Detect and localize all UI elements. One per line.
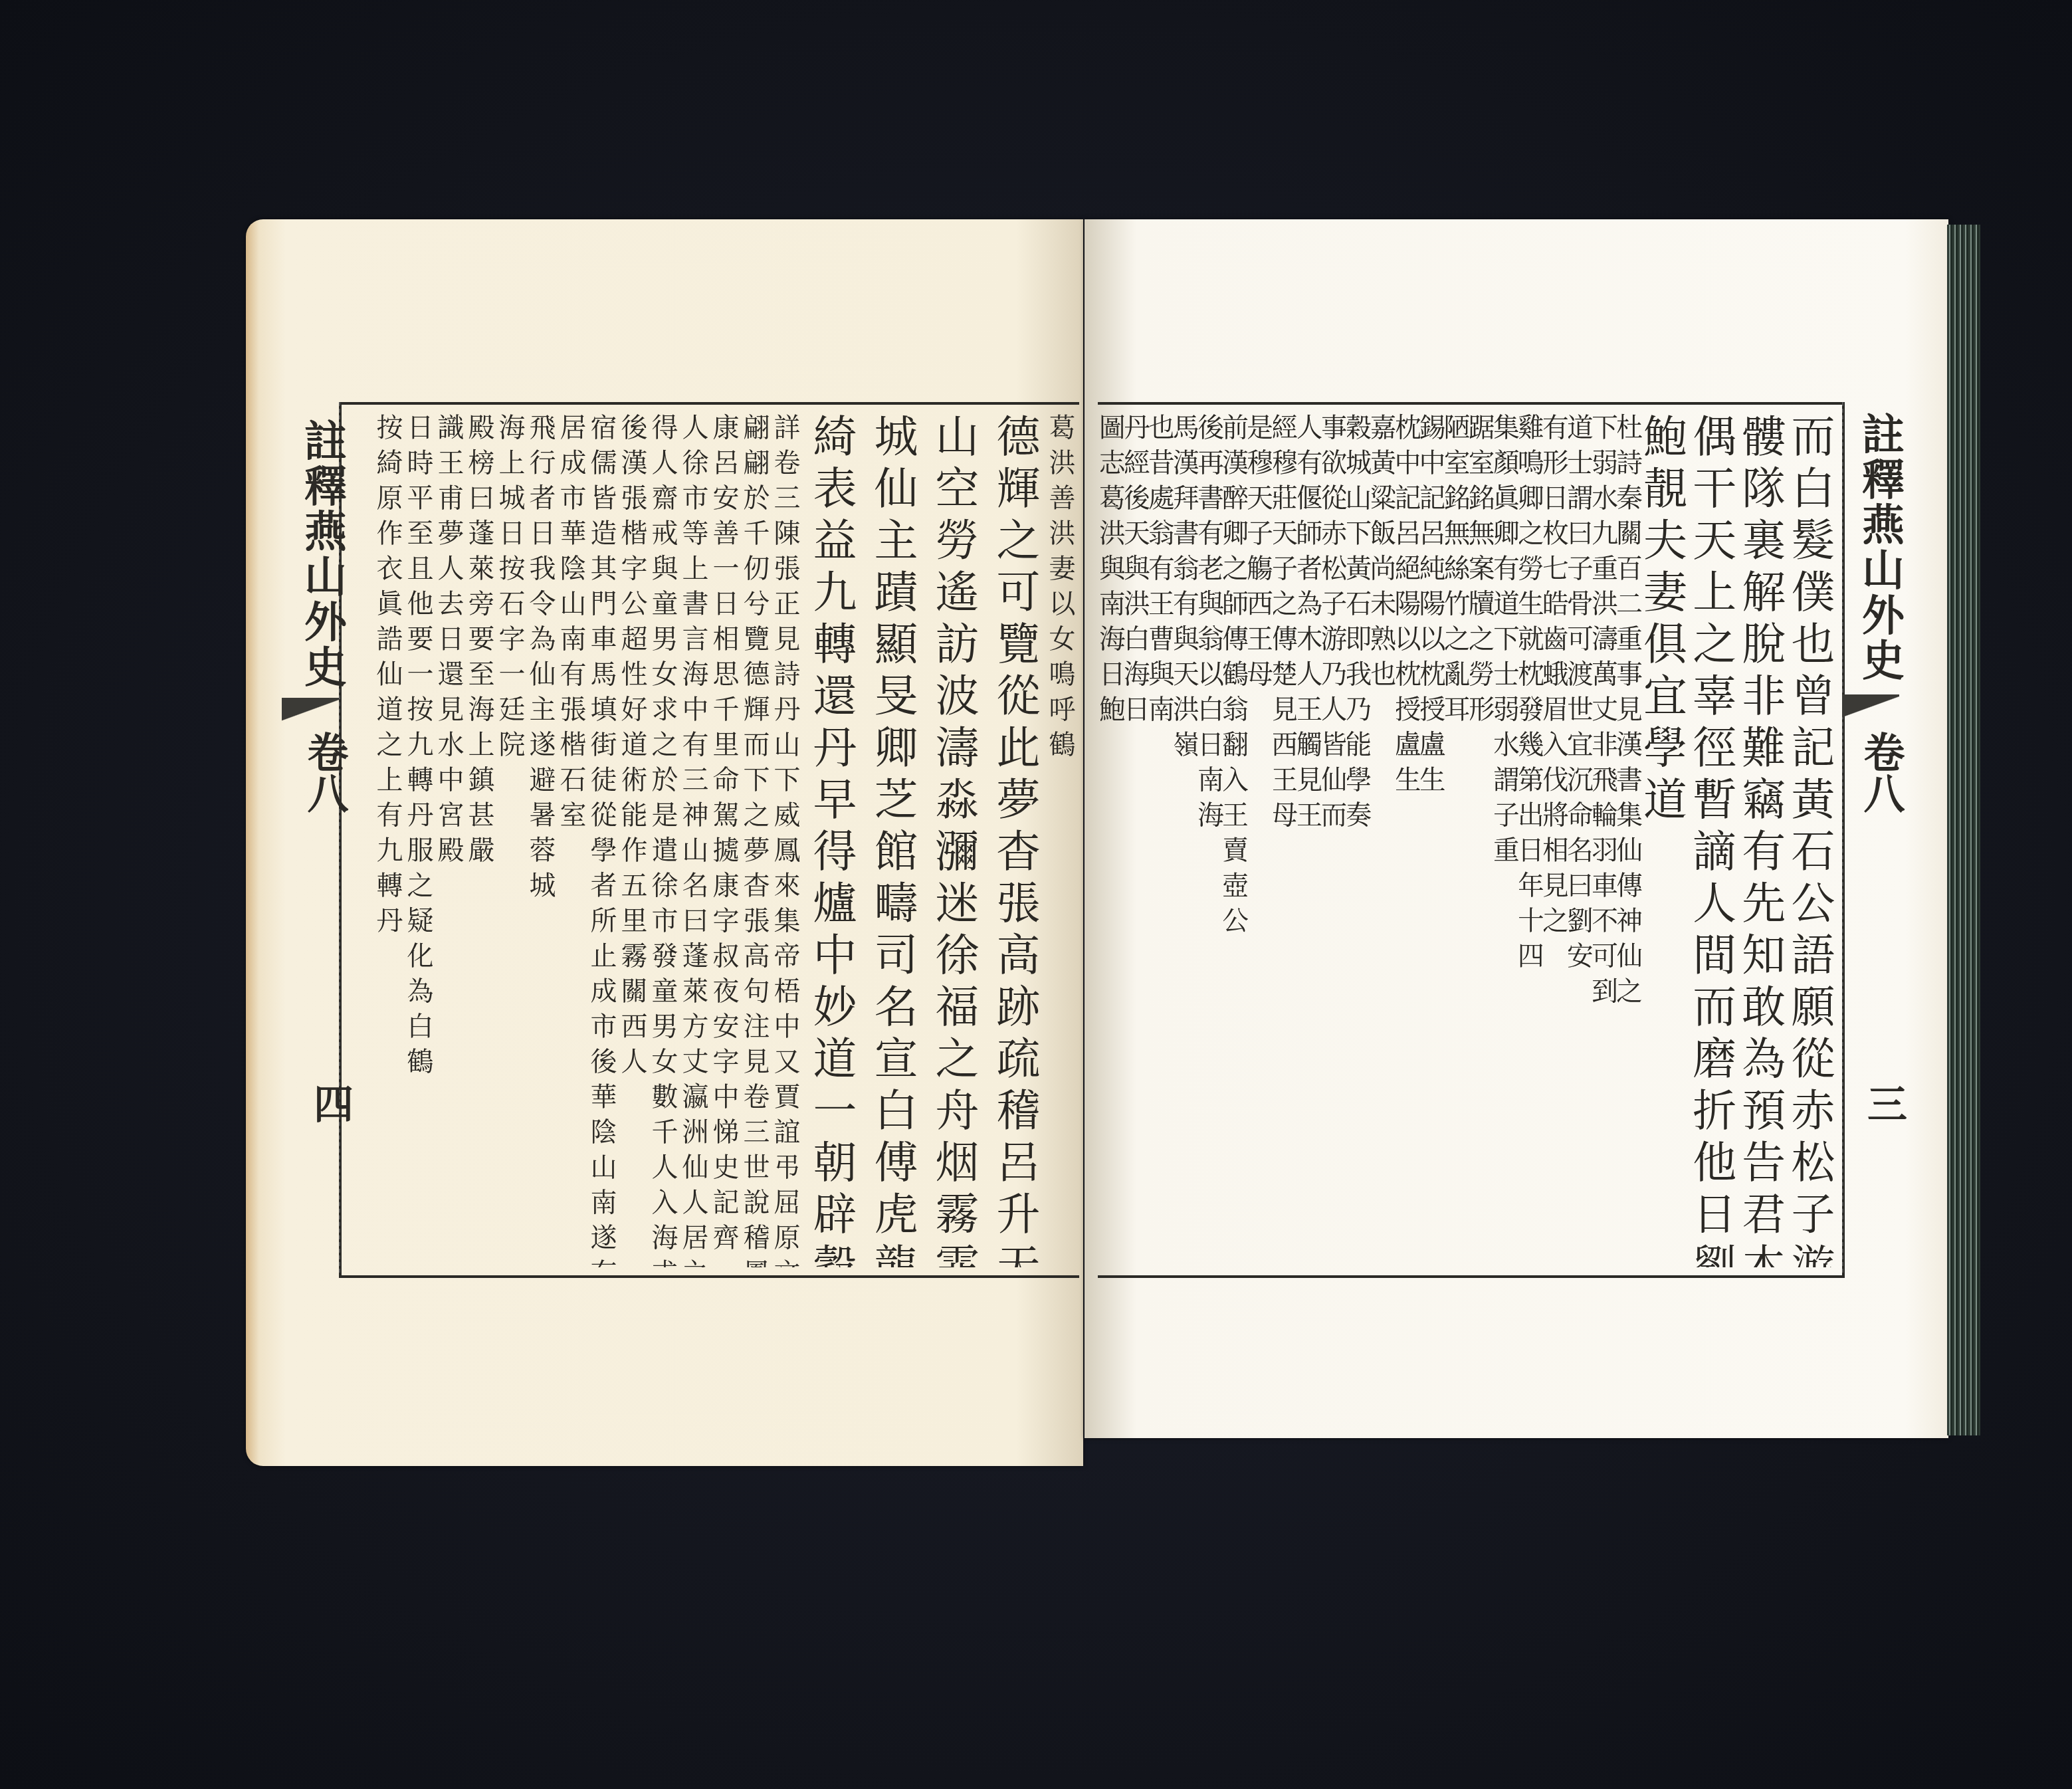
annotation-column: 踞室銘無案牘之勞形: [1470, 413, 1495, 1267]
right-volume-label: 卷八: [1851, 731, 1911, 813]
text-column: 而白髮僕也曾記黃石公語願從赤松子游傀儡場中沈迷未久骷: [1790, 413, 1839, 1267]
annotation-column: 詳卷三陳張正見詩丹山下威鳳來集帝梧中又賈誼弔屈原文句注: [770, 413, 800, 1267]
annotation-column: 人徐市等上書言海中有三神山名曰蓬萊方丈瀛洲仙人居之請: [678, 413, 708, 1267]
annotation-column: 穀城山下黃石即我乃能學奏: [1347, 413, 1372, 1267]
annotation-column: 前漢醉卿之師傳鶴翁翻入王賣壺公: [1223, 413, 1248, 1267]
annotation-column: 殿榜曰蓬萊旁要至海上鎮甚嚴: [464, 413, 494, 1267]
annotation-column: 按綺原作衣眞誥仙道之上有九轉丹: [372, 413, 403, 1267]
text-column: 髏隊裏解脫非難竊有先知敢為預告君本瑤池掌酒姑亦閬苑司花: [1741, 413, 1790, 1267]
right-page-number: 三: [1855, 1083, 1913, 1123]
left-text-columns: 葛洪善洪妻以女鳴呼鶴 德輝之可覽從此夢杳張高跡疏稽呂升天入地徒費隱求問水尋 山空…: [344, 413, 1075, 1267]
annotation-column: 得人齋戒與童男女求之於是遣徐市發童男女數千人入海求: [647, 413, 678, 1267]
annotation-column: 集顏眞卿有道下士弱水謂子重: [1495, 413, 1519, 1267]
annotation-column: 事欲從赤松子游乃人皆仙而: [1322, 413, 1347, 1267]
annotation-column: 也昔處翁有王曹與南: [1150, 413, 1174, 1267]
right-margin-title: 註釋燕山外史: [1849, 412, 1910, 683]
annotation-column: 枕中記呂絕陽以枕授盧生: [1396, 413, 1421, 1267]
annotation-column: 丹經後天與洪白海日: [1125, 413, 1150, 1267]
page-stack-edges: [1947, 225, 1980, 1435]
annotation-column: 翩翩於千仞兮覽德輝而下之夢杳張高句注見卷三世說稽鳳: [739, 413, 770, 1267]
annotation-column: 識王甫夢人去日還見水中宮殿: [433, 413, 464, 1267]
open-book: 註釋燕山外史 卷八 四 葛洪善洪妻以女鳴呼鶴 德輝之可覽從此夢杳張高跡疏稽呂升天…: [246, 213, 2000, 1462]
right-text-columns: 而白髮僕也曾記黃石公語願從赤松子游傀儡場中沈迷未久骷 髏隊裏解脫非難竊有先知敢為…: [1100, 413, 1839, 1267]
text-column: 葛洪善洪妻以女鳴呼鶴: [1045, 413, 1075, 1267]
annotation-column: 下弱水九重洪濤萬丈非飛輪羽車不可到: [1593, 413, 1617, 1267]
annotation-column: 康呂安善一日相思千里命駕㨿康字叔夜安字中悌史記齊: [708, 413, 739, 1267]
annotation-column: 錫中記呂純陽以枕授盧生: [1421, 413, 1445, 1267]
text-column: 偶干天上之辜徑暫謫人間而磨折他日劉安雞犬皆可成仙今時: [1692, 413, 1741, 1267]
annotation-column: 雞鳴卿之勞生就枕發幾第出日年十四: [1519, 413, 1544, 1267]
left-page: 註釋燕山外史 卷八 四 葛洪善洪妻以女鳴呼鶴 德輝之可覽從此夢杳張高跡疏稽呂升天…: [246, 219, 1083, 1466]
annotation-column: 日時平至且他要一按九轉丹服之疑化為白鶴: [403, 413, 433, 1267]
fish-tail-mark-icon: [1842, 694, 1899, 718]
fish-tail-mark-icon: [282, 698, 339, 722]
text-column: 綺表益九轉還丹早得爐中妙道一朝辟穀已為地上游仙矣華表: [800, 413, 861, 1267]
text-column: 鮑靚夫妻俱宜學道: [1642, 413, 1691, 1267]
annotation-column: 嘉黃粱飯尚未熟也: [1372, 413, 1396, 1267]
annotation-column: 經穆莊天子之傳楚見西王母: [1273, 413, 1298, 1267]
annotation-column: 杜詩秦關百二重事見漢書集仙傳神仙之: [1617, 413, 1642, 1267]
annotation-column: 飛行者日我令為仙主遂避暑蓉城: [525, 413, 556, 1267]
annotation-column: 後再書有老與翁以白日南海: [1199, 413, 1223, 1267]
text-column: 城仙主蹟顯旻卿芝館疇司名宣白傅虎龍夜合黃金鼎鸞鵠晨朝紫: [861, 413, 922, 1267]
left-margin-title: 註釋燕山外史: [291, 419, 352, 690]
annotation-column: 宿儒皆造其門車馬填街徒從學者所止成市後華陰山南遂有公超市: [586, 413, 617, 1267]
annotation-column: 有形日枚七皓齒蛾眉入伐將相見之: [1544, 413, 1568, 1267]
annotation-column: 人有偃師者為木人王觸見王: [1298, 413, 1322, 1267]
annotation-column: 居成市華陰山南有張楷石室: [556, 413, 586, 1267]
annotation-column: 陋室銘無絲竹之亂耳: [1445, 413, 1470, 1267]
annotation-column: 圖志葛洪與南海日鮑: [1100, 413, 1125, 1267]
right-page: 註釋燕山外史 卷八 三 而白髮僕也曾記黃石公語願從赤松子游傀儡場中沈迷未久骷 髏…: [1085, 219, 1948, 1438]
text-column: 山空勞遙訪波濤淼瀰迷徐福之舟烟霧霏霏莫辨張超之市蓉: [922, 413, 984, 1267]
annotation-column: 海上城日按石字一廷院: [494, 413, 525, 1267]
annotation-column: 是穆天子觴西王母: [1248, 413, 1273, 1267]
text-column: 德輝之可覽從此夢杳張高跡疏稽呂升天入地徒費隱求問水尋: [984, 413, 1045, 1267]
annotation-column: 後漢張楷字公超性好道術能作五里霧關西人: [617, 413, 647, 1267]
annotation-column: 馬漢拜書翁有與天洪嶺: [1174, 413, 1199, 1267]
annotation-column: 道士謂曰子骨可渡世宜沉命名曰劉安: [1568, 413, 1593, 1267]
